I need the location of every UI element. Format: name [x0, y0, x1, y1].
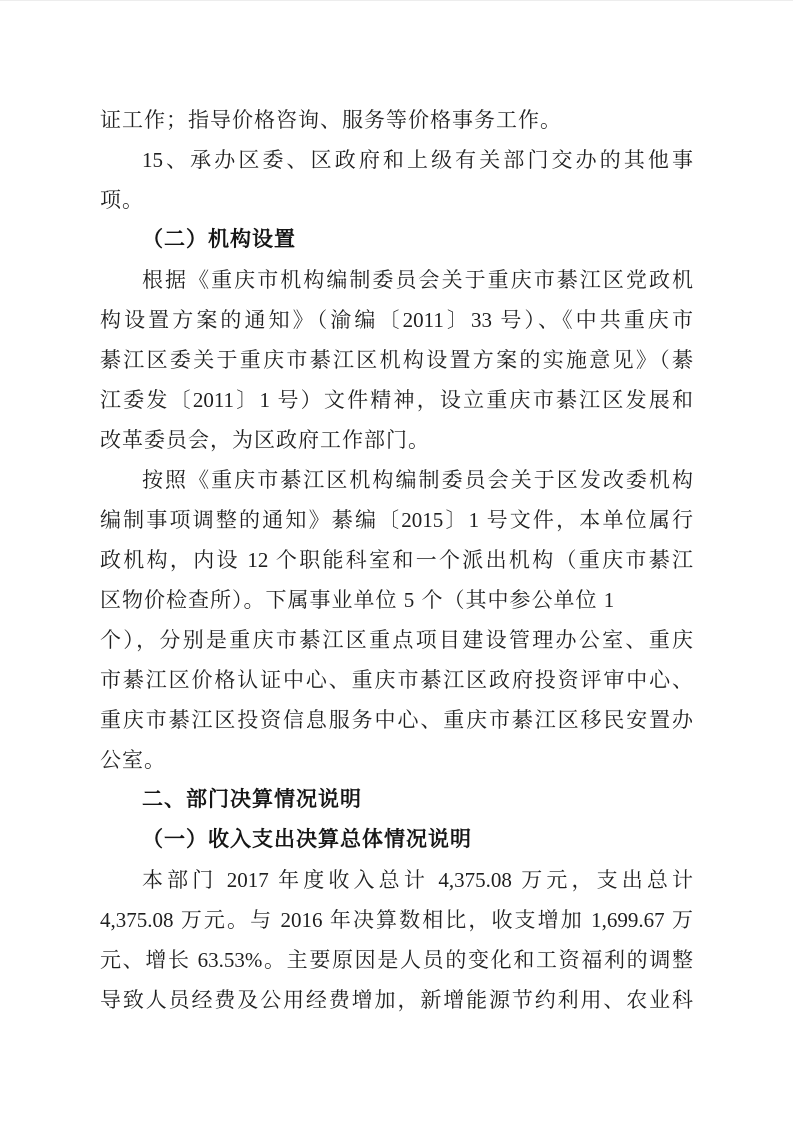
body-line-structure-2: 编制事项调整的通知》綦编〔2015〕1 号文件，本单位属行 — [100, 500, 693, 540]
body-line-duty-prices-end: 证工作；指导价格咨询、服务等价格事务工作。 — [100, 100, 693, 140]
body-line-totals-1: 本部门 2017 年度收入总计 4,375.08 万元，支出总计 — [100, 860, 693, 900]
body-line-basis-4: 江委发〔2011〕1 号）文件精神，设立重庆市綦江区发展和 — [100, 380, 693, 420]
document-content: 证工作；指导价格咨询、服务等价格事务工作。 15、承办区委、区政府和上级有关部门… — [100, 100, 693, 1020]
body-line-structure-1: 按照《重庆市綦江区机构编制委员会关于区发改委机构 — [100, 460, 693, 500]
body-line-duty-15-end: 项。 — [100, 180, 693, 220]
body-line-structure-7: 重庆市綦江区投资信息服务中心、重庆市綦江区移民安置办 — [100, 700, 693, 740]
body-line-basis-3: 綦江区委关于重庆市綦江区机构设置方案的实施意见》（綦 — [100, 340, 693, 380]
body-line-basis-end: 改革委员会，为区政府工作部门。 — [100, 420, 693, 460]
section-heading-final-accounts: 二、部门决算情况说明 — [100, 780, 693, 820]
body-line-basis-2: 构设置方案的通知》（渝编〔2011〕33 号）、《中共重庆市 — [100, 300, 693, 340]
body-line-structure-4: 区物价检查所）。下属事业单位 5 个（其中参公单位 1 — [100, 580, 693, 620]
section-heading-org-setup: （二）机构设置 — [100, 220, 693, 260]
body-line-totals-3: 元、增长 63.53%。主要原因是人员的变化和工资福利的调整 — [100, 940, 693, 980]
body-line-structure-6: 市綦江区价格认证中心、重庆市綦江区政府投资评审中心、 — [100, 660, 693, 700]
document-page: 证工作；指导价格咨询、服务等价格事务工作。 15、承办区委、区政府和上级有关部门… — [0, 1, 793, 1123]
body-line-structure-3: 政机构，内设 12 个职能科室和一个派出机构（重庆市綦江 — [100, 540, 693, 580]
body-line-totals-2: 4,375.08 万元。与 2016 年决算数相比，收支增加 1,699.67 … — [100, 900, 693, 940]
subsection-heading-income-expense: （一）收入支出决算总体情况说明 — [100, 820, 693, 860]
body-line-duty-15: 15、承办区委、区政府和上级有关部门交办的其他事 — [100, 140, 693, 180]
body-line-totals-4: 导致人员经费及公用经费增加，新增能源节约利用、农业科 — [100, 980, 693, 1020]
body-line-structure-end: 公室。 — [100, 740, 693, 780]
body-line-structure-5: 个），分别是重庆市綦江区重点项目建设管理办公室、重庆 — [100, 620, 693, 660]
body-line-basis-1: 根据《重庆市机构编制委员会关于重庆市綦江区党政机 — [100, 260, 693, 300]
